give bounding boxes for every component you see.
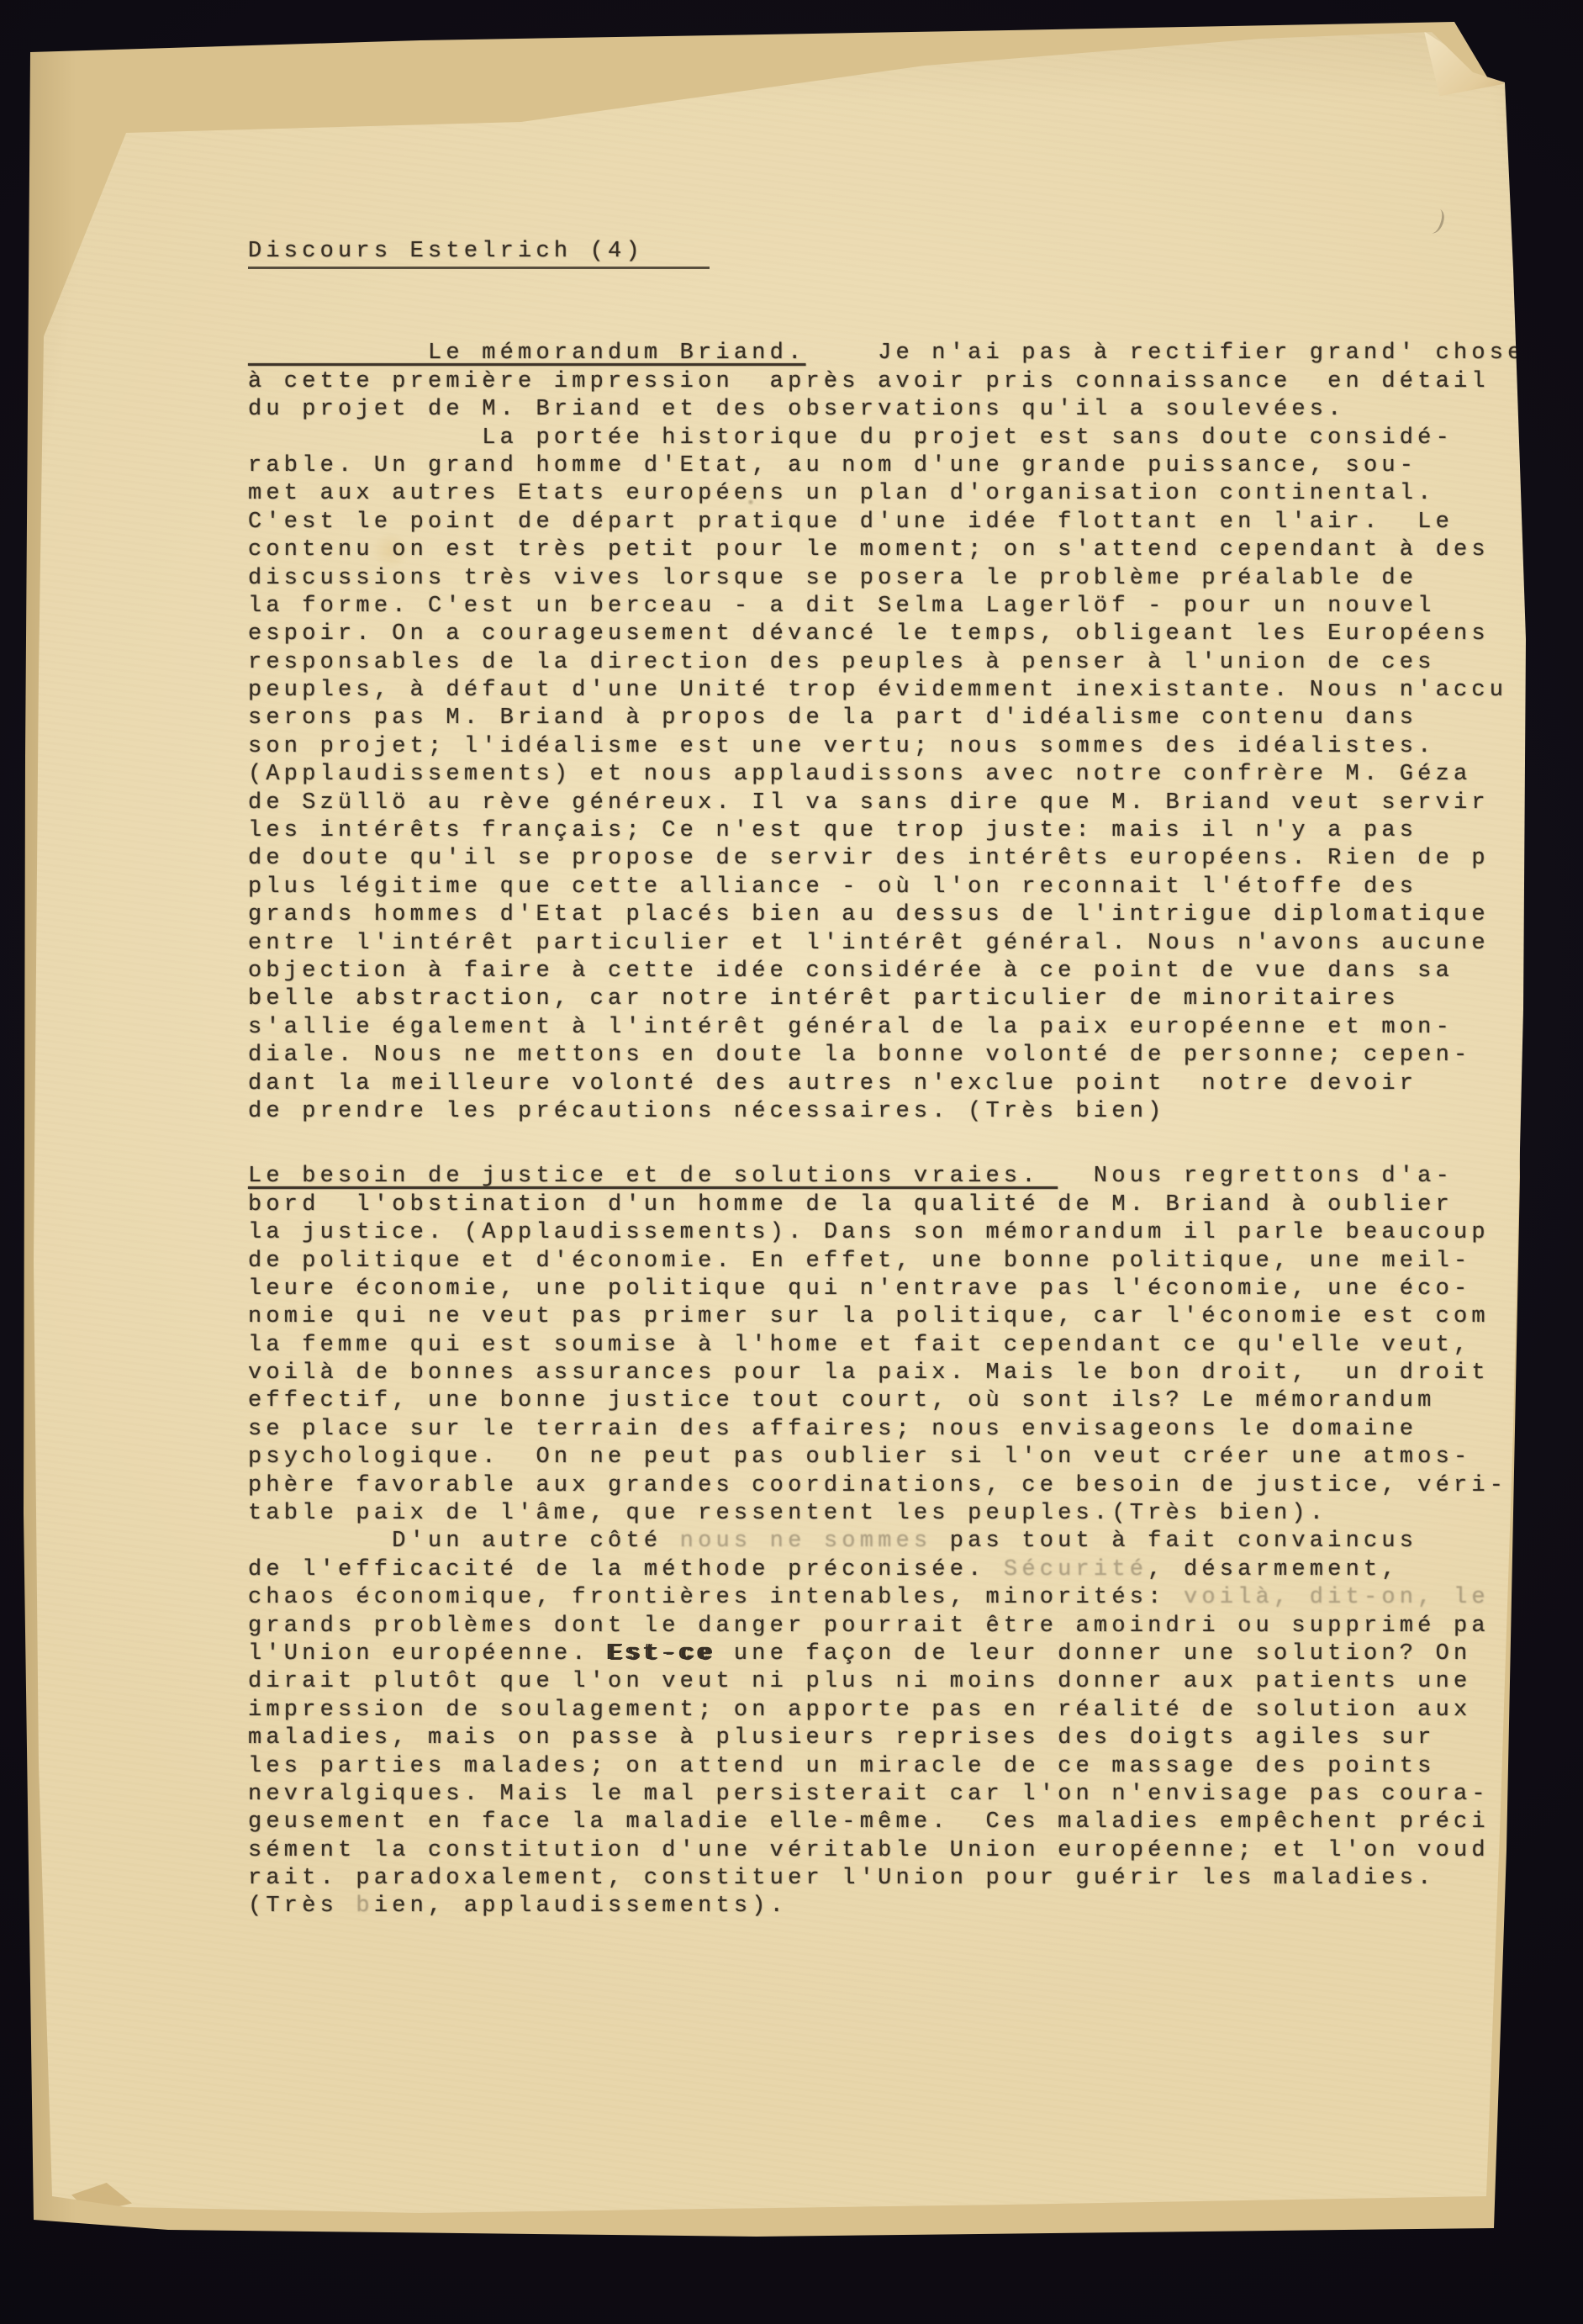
text-segment: maladies, mais on passe à plusieurs repr… (248, 1725, 1436, 1751)
text-segment: de doute qu'il se propose de servir des … (248, 846, 1490, 871)
text-line: Le besoin de justice et de solutions vra… (248, 1163, 1564, 1191)
text-line: Le mémorandum Briand. Je n'ai pas à rect… (248, 340, 1564, 367)
text-segment: met aux autres Etats européens un plan d… (248, 481, 1436, 506)
paper-sheet: Discours Estelrich (4) Le mémorandum Bri… (0, 0, 1583, 2324)
text-segment: de prendre les précautions nécessaires. … (248, 1099, 1166, 1124)
text-line: phère favorable aux grandes coordination… (248, 1472, 1564, 1500)
text-line: nomie qui ne veut pas primer sur la poli… (248, 1303, 1564, 1331)
text-line: met aux autres Etats européens un plan d… (248, 480, 1564, 508)
text-segment: phère favorable aux grandes coordination… (248, 1473, 1507, 1498)
text-segment: psychologique. On ne peut pas oublier si… (248, 1445, 1471, 1470)
text-line: sément la constitution d'une véritable U… (248, 1837, 1564, 1865)
text-segment: s'allie également à l'intérêt général de… (248, 1015, 1454, 1040)
text-segment: leure économie, une politique qui n'entr… (248, 1276, 1471, 1302)
text-segment: nevralgiques. Mais le mal persisterait c… (248, 1782, 1490, 1807)
text-segment: la forme. C'est un berceau - a dit Selma… (248, 594, 1436, 619)
faded-text: Sécurité (1004, 1557, 1148, 1582)
text-segment: discussions très vives lorsque se posera… (248, 566, 1417, 591)
text-line: La portée historique du projet est sans … (248, 425, 1564, 452)
text-segment: pas tout à fait convaincus (931, 1529, 1417, 1554)
text-line: entre l'intérêt particulier et l'intérêt… (248, 930, 1564, 958)
text-line: chaos économique, frontières intenables,… (248, 1584, 1564, 1612)
text-segment: les parties malades; on attend un miracl… (248, 1754, 1436, 1779)
text-line: nevralgiques. Mais le mal persisterait c… (248, 1781, 1564, 1809)
blank-line (248, 303, 1564, 340)
text-segment: rable. Un grand homme d'Etat, au nom d'u… (248, 453, 1417, 478)
text-segment: dirait plutôt que l'on veut ni plus ni m… (248, 1669, 1471, 1694)
text-line: s'allie également à l'intérêt général de… (248, 1014, 1564, 1042)
text-line: (Très bien, applaudissements). (248, 1893, 1564, 1920)
text-line: (Applaudissements) et nous applaudissons… (248, 761, 1564, 789)
text-segment: plus légitime que cette alliance - où l'… (248, 874, 1417, 900)
text-segment: Nous regrettons d'a- (1058, 1164, 1454, 1189)
faded-text: voilà, dit-on, le (1184, 1585, 1490, 1610)
text-line: à cette première impression après avoir … (248, 368, 1564, 396)
text-segment: grands hommes d'Etat placés bien au dess… (248, 902, 1490, 927)
text-line: de politique et d'économie. En effet, un… (248, 1248, 1564, 1276)
text-segment: Je n'ai pas à rectifier grand' chose (805, 341, 1525, 366)
text-segment: à cette première impression après avoir … (248, 369, 1490, 394)
text-segment: sément la constitution d'une véritable U… (248, 1838, 1490, 1863)
text-line: voilà de bonnes assurances pour la paix.… (248, 1360, 1564, 1387)
text-line: du projet de M. Briand et des observatio… (248, 396, 1564, 424)
text-line: se place sur le terrain des affaires; no… (248, 1416, 1564, 1444)
text-line: impression de soulagement; on apporte pa… (248, 1697, 1564, 1725)
text-line: rable. Un grand homme d'Etat, au nom d'u… (248, 452, 1564, 480)
text-segment: de Szüllö au rève généreux. Il va sans d… (248, 790, 1490, 816)
text-segment: chaos économique, frontières intenables,… (248, 1585, 1184, 1610)
text-line: de doute qu'il se propose de servir des … (248, 845, 1564, 873)
text-line: maladies, mais on passe à plusieurs repr… (248, 1725, 1564, 1752)
text-segment: rait. paradoxalement, constituer l'Union… (248, 1866, 1436, 1891)
text-segment: espoir. On a courageusement dévancé le t… (248, 621, 1490, 647)
overtyped-text: Est-ce (608, 1641, 715, 1666)
blank-line (248, 266, 1564, 303)
text-segment: peuples, à défaut d'une Unité trop évide… (248, 678, 1507, 703)
text-segment: ien, applaudissements). (374, 1894, 788, 1919)
text-line: geusement en face la maladie elle-même. … (248, 1809, 1564, 1836)
text-line: la justice. (Applaudissements). Dans son… (248, 1219, 1564, 1247)
text-line: leure économie, une politique qui n'entr… (248, 1276, 1564, 1303)
text-segment: D'un autre côté (248, 1529, 680, 1554)
faded-text: b (356, 1894, 373, 1919)
text-segment: les intérêts français; Ce n'est que trop… (248, 818, 1417, 843)
text-segment: la femme qui est soumise à l'home et fai… (248, 1333, 1471, 1358)
text-line: espoir. On a courageusement dévancé le t… (248, 621, 1564, 648)
typewritten-lines: Le mémorandum Briand. Je n'ai pas à rect… (248, 266, 1564, 1920)
text-line: dirait plutôt que l'on veut ni plus ni m… (248, 1668, 1564, 1696)
text-line: belle abstraction, car notre intérêt par… (248, 985, 1564, 1013)
text-segment: son projet; l'idéalisme est une vertu; n… (248, 734, 1436, 759)
text-segment: une façon de leur donner une solution? O… (715, 1641, 1471, 1666)
document-title-text: Discours Estelrich (4) (248, 238, 710, 269)
text-line: les intérêts français; Ce n'est que trop… (248, 817, 1564, 845)
text-line: effectif, une bonne justice tout court, … (248, 1387, 1564, 1415)
text-line: grands hommes d'Etat placés bien au dess… (248, 901, 1564, 929)
typewritten-text: Discours Estelrich (4) Le mémorandum Bri… (248, 238, 1564, 1921)
text-segment: (Très (248, 1894, 356, 1919)
text-segment: contenu on est très petit pour le moment… (248, 537, 1490, 563)
text-line: son projet; l'idéalisme est une vertu; n… (248, 733, 1564, 761)
text-line: C'est le point de départ pratique d'une … (248, 509, 1564, 536)
text-segment: la justice. (Applaudissements). Dans son… (248, 1220, 1490, 1245)
text-line: la femme qui est soumise à l'home et fai… (248, 1332, 1564, 1360)
text-segment: , désarmement, (1148, 1557, 1400, 1582)
text-segment: C'est le point de départ pratique d'une … (248, 510, 1454, 535)
text-segment: du projet de M. Briand et des observatio… (248, 397, 1346, 422)
text-segment: l'Union européenne. (248, 1641, 608, 1666)
text-line: D'un autre côté nous ne sommes pas tout … (248, 1528, 1564, 1555)
text-segment: entre l'intérêt particulier et l'intérêt… (248, 931, 1490, 956)
text-line: la forme. C'est un berceau - a dit Selma… (248, 593, 1564, 621)
text-segment: impression de soulagement; on apporte pa… (248, 1698, 1471, 1723)
text-line: discussions très vives lorsque se posera… (248, 565, 1564, 593)
text-segment: de l'efficacité de la méthode préconisée… (248, 1557, 1004, 1582)
text-segment: diale. Nous ne mettons en doute la bonne… (248, 1043, 1471, 1068)
text-segment: effectif, une bonne justice tout court, … (248, 1388, 1436, 1413)
faded-text: nous ne sommes (680, 1529, 932, 1554)
scan-background: Discours Estelrich (4) Le mémorandum Bri… (0, 0, 1583, 2324)
text-line: table paix de l'âme, que ressentent les … (248, 1500, 1564, 1528)
text-line: dant la meilleure volonté des autres n'e… (248, 1070, 1564, 1098)
text-line: responsables de la direction des peuples… (248, 649, 1564, 677)
text-line: contenu on est très petit pour le moment… (248, 536, 1564, 564)
text-segment: serons pas M. Briand à propos de la part… (248, 705, 1417, 731)
text-line: de l'efficacité de la méthode préconisée… (248, 1556, 1564, 1584)
text-line: grands problèmes dont le danger pourrait… (248, 1613, 1564, 1640)
text-line: serons pas M. Briand à propos de la part… (248, 705, 1564, 732)
text-segment: geusement en face la maladie elle-même. … (248, 1809, 1490, 1835)
text-segment: grands problèmes dont le danger pourrait… (248, 1614, 1490, 1639)
blank-line (248, 1126, 1564, 1163)
text-segment: de politique et d'économie. En effet, un… (248, 1249, 1471, 1274)
document-title: Discours Estelrich (4) (248, 238, 1564, 266)
text-segment: se place sur le terrain des affaires; no… (248, 1417, 1417, 1442)
text-segment: belle abstraction, car notre intérêt par… (248, 986, 1400, 1011)
text-line: psychologique. On ne peut pas oublier si… (248, 1444, 1564, 1471)
text-line: l'Union européenne. Est-ce une façon de … (248, 1640, 1564, 1668)
text-line: de prendre les précautions nécessaires. … (248, 1098, 1564, 1126)
text-line: de Szüllö au rève généreux. Il va sans d… (248, 790, 1564, 817)
text-segment: nomie qui ne veut pas primer sur la poli… (248, 1304, 1490, 1329)
pencil-mark (1425, 207, 1447, 235)
text-line: bord l'obstination d'un homme de la qual… (248, 1191, 1564, 1219)
text-segment: responsables de la direction des peuples… (248, 650, 1436, 675)
text-segment: voilà de bonnes assurances pour la paix.… (248, 1360, 1490, 1386)
text-segment: dant la meilleure volonté des autres n'e… (248, 1071, 1417, 1096)
text-segment: (Applaudissements) et nous applaudissons… (248, 762, 1471, 787)
text-line: rait. paradoxalement, constituer l'Union… (248, 1865, 1564, 1893)
text-line: plus légitime que cette alliance - où l'… (248, 874, 1564, 901)
text-segment: La portée historique du projet est sans … (248, 425, 1454, 451)
text-line: diale. Nous ne mettons en doute la bonne… (248, 1042, 1564, 1070)
text-segment: table paix de l'âme, que ressentent les … (248, 1501, 1327, 1526)
underlined-text: Le mémorandum Briand. (248, 341, 805, 366)
text-line: les parties malades; on attend un miracl… (248, 1753, 1564, 1781)
text-segment: bord l'obstination d'un homme de la qual… (248, 1192, 1454, 1217)
underlined-text: Le besoin de justice et de solutions vra… (248, 1164, 1058, 1189)
text-line: peuples, à défaut d'une Unité trop évide… (248, 677, 1564, 705)
text-segment: objection à faire à cette idée considéré… (248, 959, 1454, 984)
text-line: objection à faire à cette idée considéré… (248, 958, 1564, 985)
